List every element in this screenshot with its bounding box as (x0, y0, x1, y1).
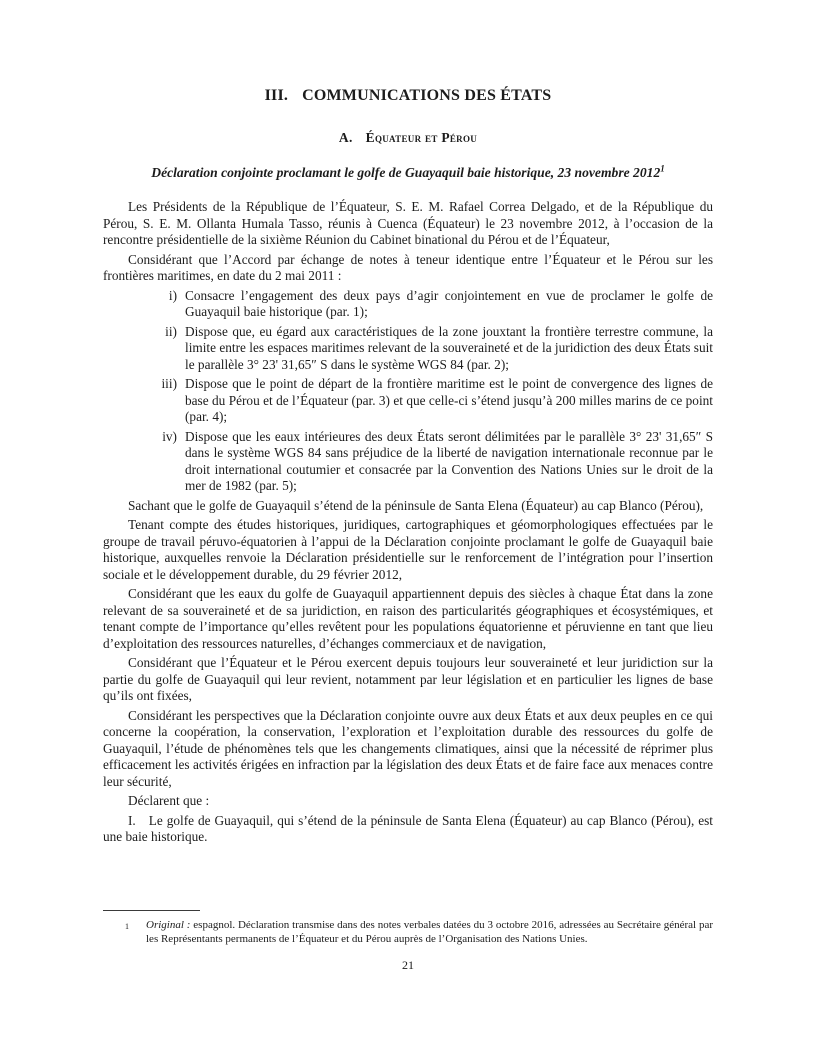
list-item: i) Consacre l’engagement des deux pays d… (103, 288, 713, 321)
paragraph-sachant: Sachant que le golfe de Guayaquil s’éten… (103, 498, 713, 515)
list-item-text: Dispose que les eaux intérieures des deu… (185, 429, 713, 495)
footnote: 1 Original : espagnol. Déclaration trans… (103, 919, 713, 946)
section-title: COMMUNICATIONS DES ÉTATS (302, 87, 551, 104)
list-item-text: Dispose que, eu égard aux caractéristiqu… (185, 324, 713, 374)
doc-title: Déclaration conjointe proclamant le golf… (103, 164, 713, 181)
subsection-letter: A. (339, 130, 353, 145)
section-number: III. (265, 87, 288, 104)
declaration-marker: I. (128, 813, 136, 828)
list-item-marker: i) (103, 288, 177, 321)
list-item: iii) Dispose que le point de départ de l… (103, 376, 713, 426)
list-item-marker: iv) (103, 429, 177, 495)
paragraph-considerant-eaux: Considérant que les eaux du golfe de Gua… (103, 586, 713, 652)
declaration-text: Le golfe de Guayaquil, qui s’étend de la… (103, 813, 713, 845)
section-heading: III.COMMUNICATIONS DES ÉTATS (103, 86, 713, 106)
list-item-marker: iii) (103, 376, 177, 426)
footnote-original-label: Original : (146, 919, 190, 931)
document-page: III.COMMUNICATIONS DES ÉTATS A.Équateur … (0, 0, 816, 1056)
paragraph-considerant-accord: Considérant que l’Accord par échange de … (103, 252, 713, 285)
page-content: III.COMMUNICATIONS DES ÉTATS A.Équateur … (103, 86, 713, 849)
roman-list: i) Consacre l’engagement des deux pays d… (103, 288, 713, 495)
list-item-marker: ii) (103, 324, 177, 374)
list-item-text: Dispose que le point de départ de la fro… (185, 376, 713, 426)
paragraph-declarent: Déclarent que : (103, 793, 713, 810)
paragraph-tenant-compte: Tenant compte des études historiques, ju… (103, 517, 713, 583)
subsection-title: Équateur et Pérou (366, 130, 477, 145)
declaration-item: I.Le golfe de Guayaquil, qui s’étend de … (103, 813, 713, 846)
list-item-text: Consacre l’engagement des deux pays d’ag… (185, 288, 713, 321)
footnote-separator (103, 910, 200, 911)
footnote-ref: 1 (660, 163, 665, 173)
paragraph-presidents: Les Présidents de la République de l’Équ… (103, 199, 713, 249)
doc-title-text: Déclaration conjointe proclamant le golf… (151, 165, 660, 180)
paragraph-considerant-exercent: Considérant que l’Équateur et le Pérou e… (103, 655, 713, 705)
page-number: 21 (0, 958, 816, 973)
footnote-body-text: espagnol. Déclaration transmise dans des… (146, 919, 713, 945)
subsection-heading: A.Équateur et Pérou (103, 130, 713, 146)
list-item: ii) Dispose que, eu égard aux caractéris… (103, 324, 713, 374)
paragraph-considerant-perspectives: Considérant les perspectives que la Décl… (103, 708, 713, 791)
list-item: iv) Dispose que les eaux intérieures des… (103, 429, 713, 495)
footnote-marker: 1 (125, 920, 146, 947)
footnote-text: Original : espagnol. Déclaration transmi… (146, 919, 713, 946)
